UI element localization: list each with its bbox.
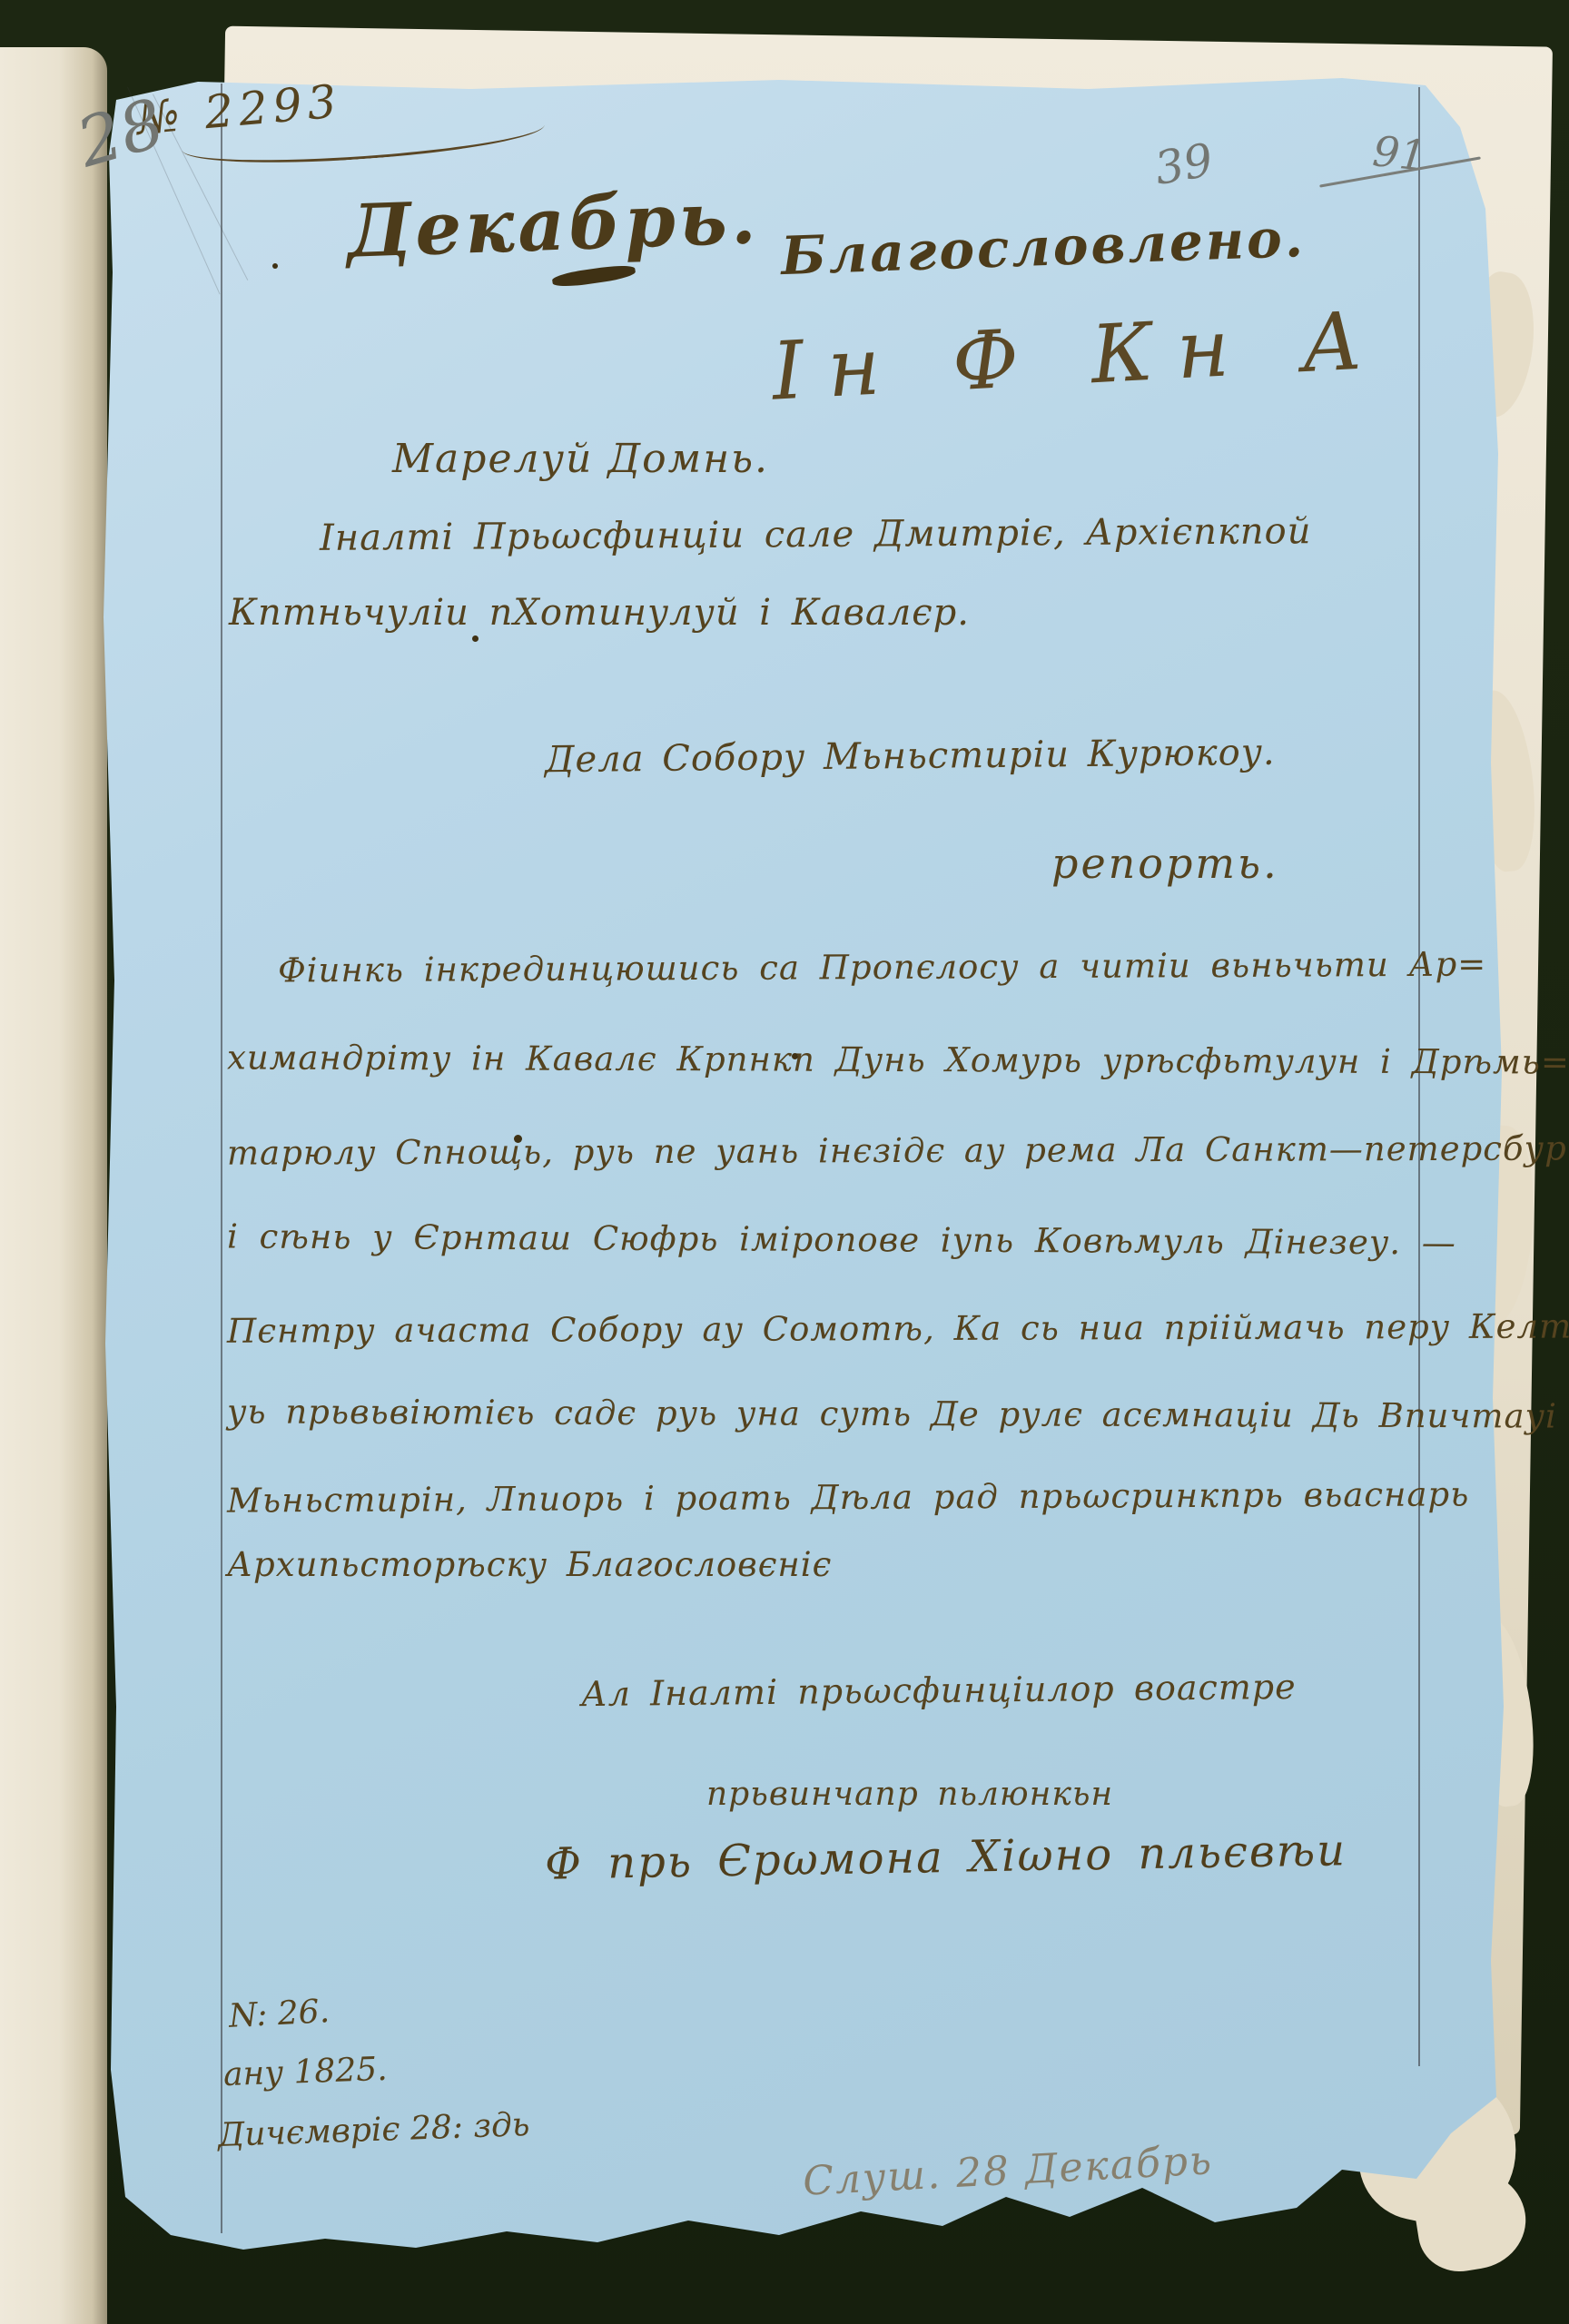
body-line: Архипьсторѣску Благословєніє (227, 1545, 832, 1584)
photographed-manuscript: № 2293 28 39 91 Декабрь. Благословлено. … (0, 0, 1569, 2324)
body-line: Фіинкь інкрединцюшись са Пропєлосу а чит… (278, 945, 1486, 990)
body-line: уь прьвьвіютієь садє руь уна суть Де рул… (227, 1392, 1557, 1435)
registry-number: N: 26. (228, 1993, 331, 2035)
ink-blot (272, 263, 278, 269)
ink-blot (792, 1053, 798, 1059)
body-line: Мьньстирін, Лпиорь і роать Дѣла рад прьω… (227, 1474, 1470, 1520)
body-line: тарюлу Спнощь, руь пе уань інєзідє ау ре… (227, 1128, 1569, 1172)
facing-page-edge (0, 47, 107, 2324)
registry-year: ану 1825. (222, 2051, 388, 2093)
folio-number: 39 (1150, 133, 1217, 195)
body-line: Пєнтру ачаста Собору ау Сомотѣ, Ка сь ни… (227, 1306, 1569, 1350)
heading-month: Декабрь. (345, 174, 760, 274)
document-type-label: репорть. (1051, 839, 1279, 888)
left-margin-rule (221, 84, 222, 2233)
closing-line-1: Ал Іналті прьωсфинціилор воастре (581, 1667, 1297, 1714)
body-line: химандріту ін Кавалє Крпнкп Дунь Хомурь … (227, 1038, 1569, 1081)
sender-line: Дела Собору Мьньстиріи Курюкоу. (545, 732, 1276, 781)
ink-blot (472, 635, 479, 642)
body-line: і сѣнь у Єрнташ Сюфрь іміропове іупь Ков… (227, 1216, 1456, 1262)
ink-blot (514, 1135, 522, 1143)
closing-line-2: прьвинчапр пьлюнкьн (706, 1776, 1113, 1813)
salutation: Марелуй Домнь. (392, 436, 769, 482)
address-line-1: Іналті Прьωсфинціи сале Дмитріє, Архієпк… (320, 510, 1312, 559)
address-line-2: Кптньчуліи пХотинулуй і Кавалєр. (229, 592, 970, 634)
